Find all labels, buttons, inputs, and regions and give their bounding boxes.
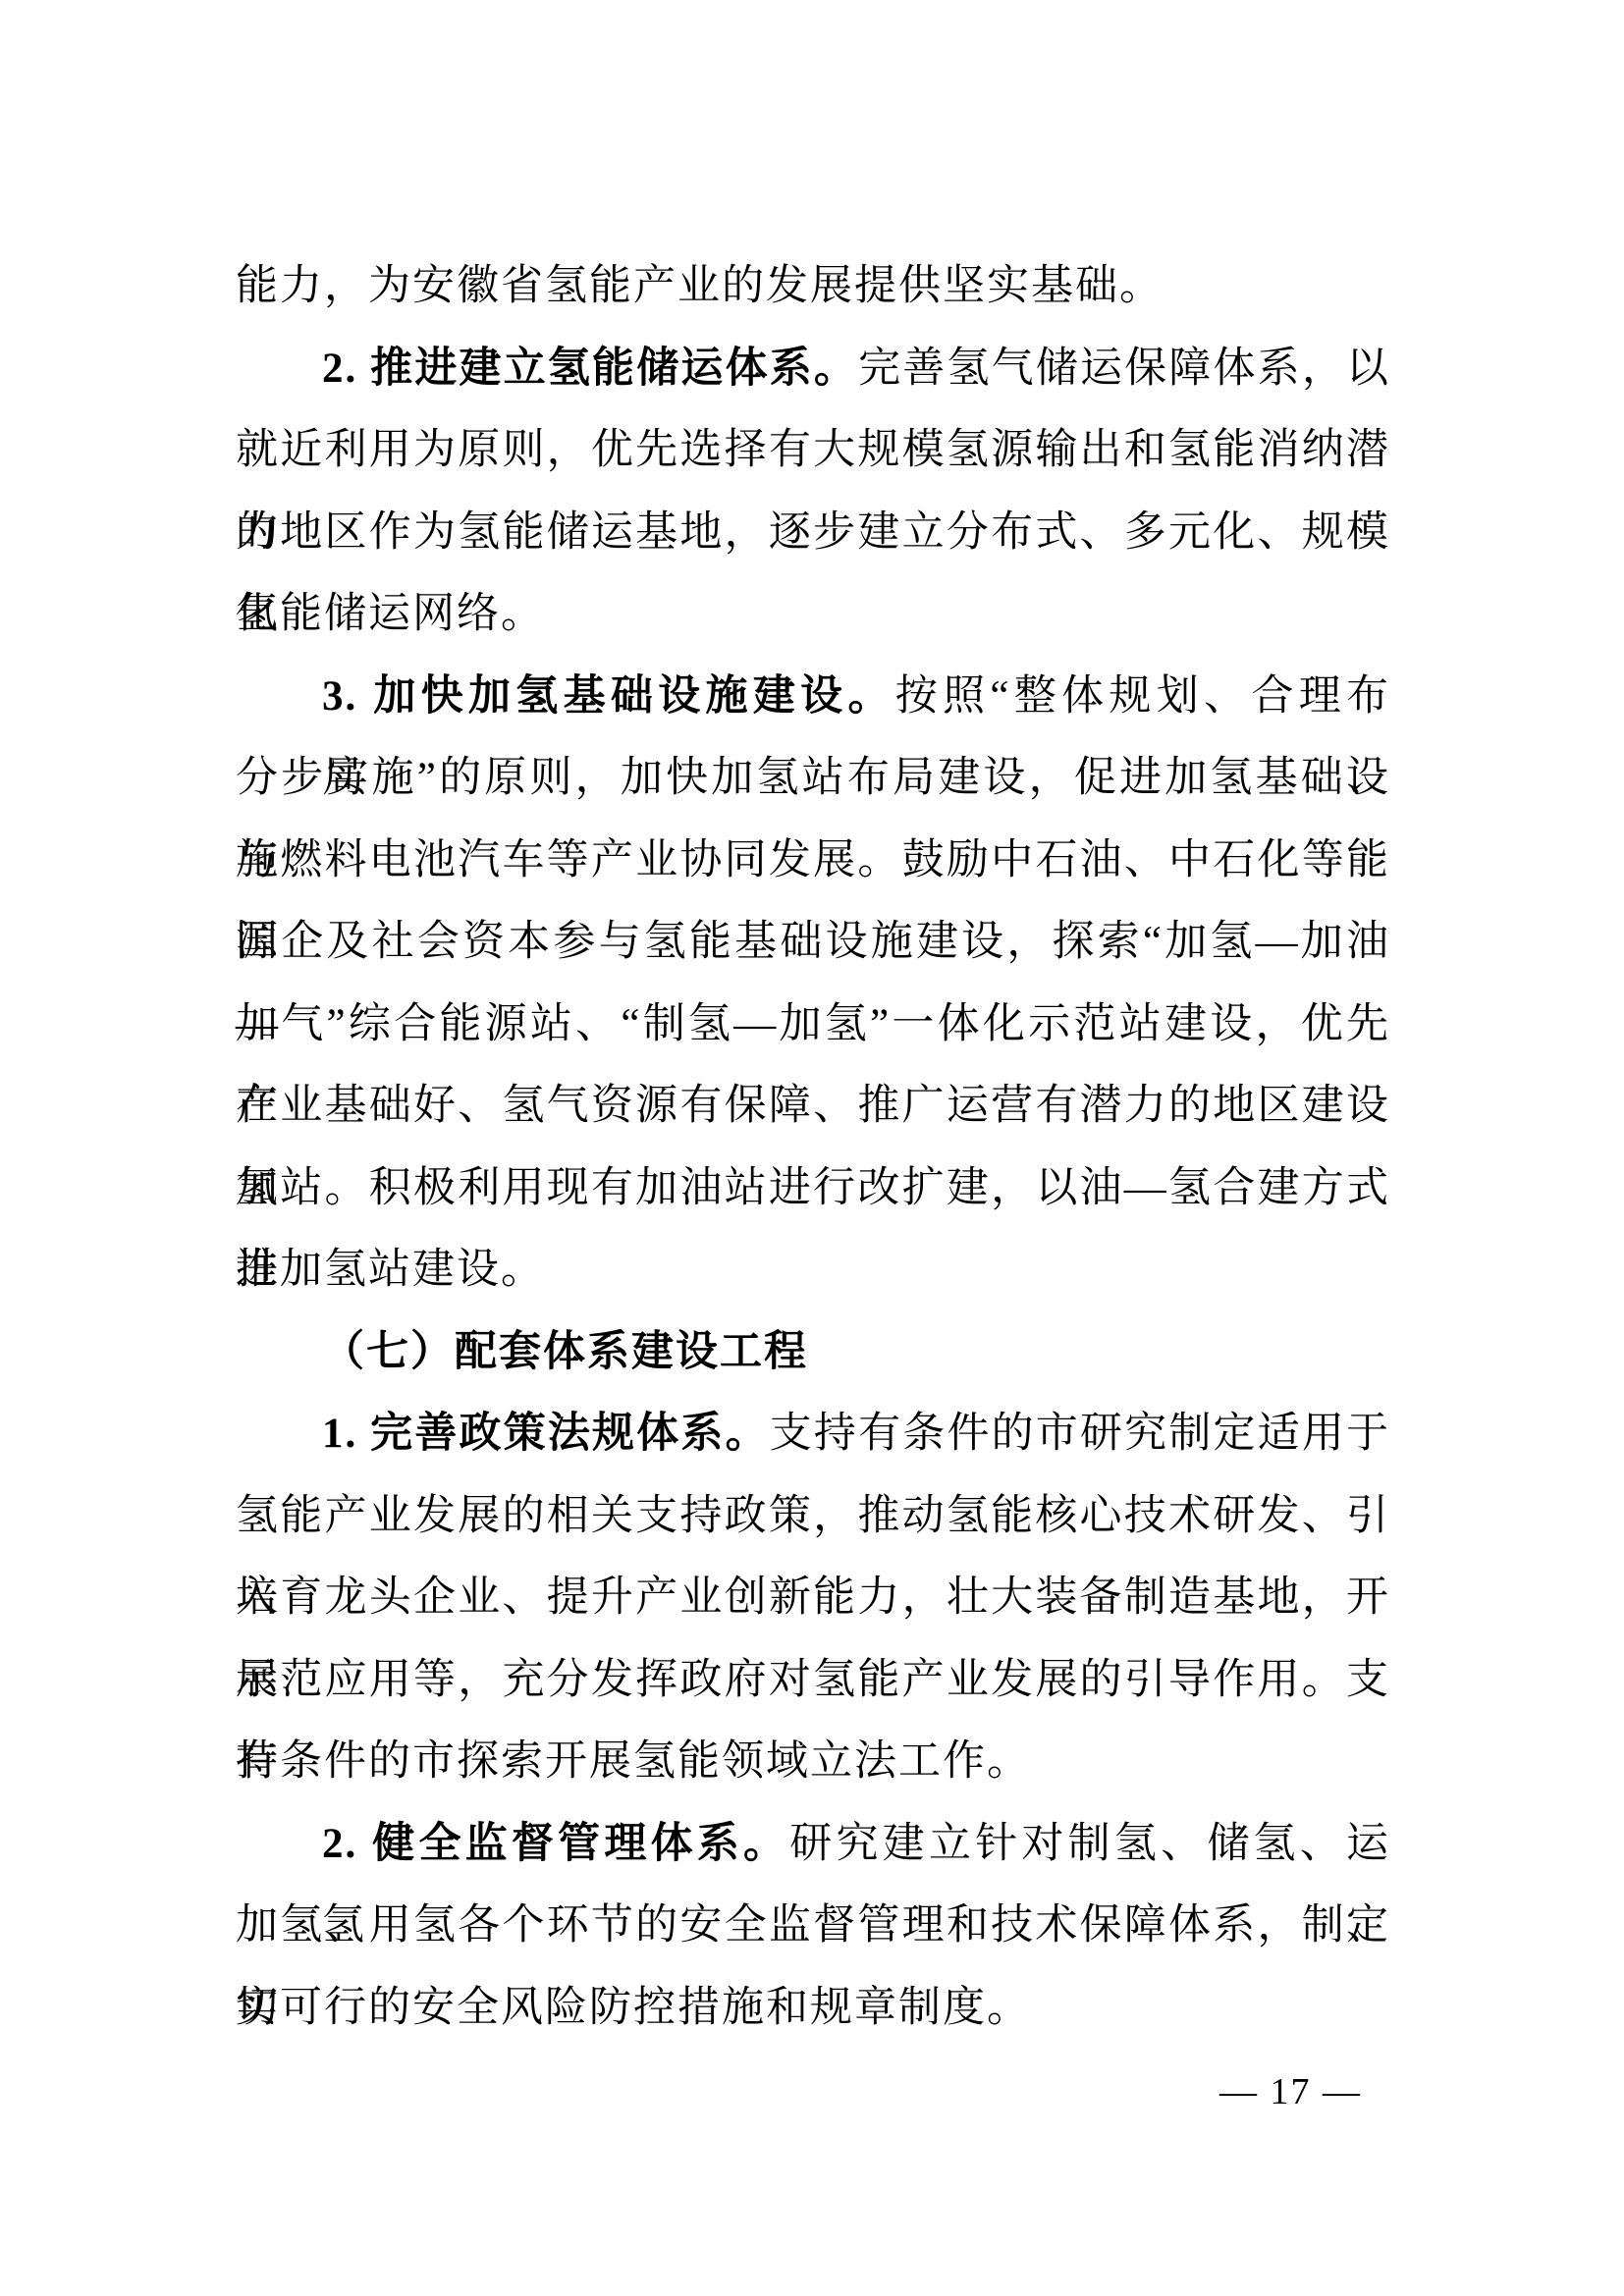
text-line: 加气”综合能源站、“制氢—加氢”一体化示范站建设，优先在 [236, 984, 1390, 1066]
heading-text: 2. 推进建立氢能储运体系。 [322, 346, 858, 392]
text-line: 培育龙头企业、提升产业创新能力，壮大装备制造基地，开展 [236, 1557, 1390, 1639]
body-text: 支持有条件的市研究制定适用于 [770, 1411, 1390, 1457]
text-line: （七）配套体系建设工程 [236, 1311, 1390, 1394]
body-text: 氢能储运网络。 [236, 591, 545, 637]
heading-text: 2. 健全监督管理体系。 [322, 1821, 789, 1867]
text-line: 与燃料电池汽车等产业协同发展。鼓励中石油、中石化等能源 [236, 820, 1390, 902]
heading-text: 1. 完善政策法规体系。 [322, 1411, 770, 1457]
body-text: 进加氢站建设。 [236, 1247, 545, 1293]
text-line: 氢能产业发展的相关支持政策，推动氢能核心技术研发、引入 [236, 1475, 1390, 1558]
heading-text: 3. 加快加氢基础设施建设。 [322, 673, 895, 720]
text-line: 进加氢站建设。 [236, 1229, 1390, 1311]
body-text: 完善氢气储运保障体系，以 [858, 346, 1390, 392]
document-body: 能力，为安徽省氢能产业的发展提供坚实基础。2. 推进建立氢能储运体系。完善氢气储… [236, 245, 1390, 2049]
text-line: 有条件的市探索开展氢能领域立法工作。 [236, 1721, 1390, 1803]
text-line: 能力，为安徽省氢能产业的发展提供坚实基础。 [236, 245, 1390, 328]
text-line: 1. 完善政策法规体系。支持有条件的市研究制定适用于 [236, 1393, 1390, 1475]
text-line: 2. 健全监督管理体系。研究建立针对制氢、储氢、运氢、 [236, 1803, 1390, 1886]
heading-text: （七）配套体系建设工程 [322, 1329, 808, 1375]
text-line: 2. 推进建立氢能储运体系。完善氢气储运保障体系，以 [236, 328, 1390, 410]
page-number: — 17 — [1219, 2071, 1362, 2112]
text-line: 国企及社会资本参与氢能基础设施建设，探索“加氢—加油— [236, 901, 1390, 984]
text-line: 实可行的安全风险防控措施和规章制度。 [236, 1967, 1390, 2050]
text-line: 产业基础好、氢气资源有保障、推广运营有潜力的地区建设加 [236, 1065, 1390, 1148]
text-line: 示范应用等，充分发挥政府对氢能产业发展的引导作用。支持 [236, 1639, 1390, 1722]
text-line: 氢站。积极利用现有加油站进行改扩建，以油—氢合建方式推 [236, 1148, 1390, 1230]
text-line: 加氢、用氢各个环节的安全监督管理和技术保障体系，制定切 [236, 1885, 1390, 1967]
document-page: 能力，为安徽省氢能产业的发展提供坚实基础。2. 推进建立氢能储运体系。完善氢气储… [0, 0, 1624, 2296]
text-line: 的地区作为氢能储运基地，逐步建立分布式、多元化、规模化 [236, 492, 1390, 574]
body-text: 实可行的安全风险防控措施和规章制度。 [236, 1985, 1031, 2031]
text-line: 就近利用为原则，优先选择有大规模氢源输出和氢能消纳潜力 [236, 409, 1390, 492]
page-footer: — 17 — [1219, 2067, 1362, 2116]
body-text: 有条件的市探索开展氢能领域立法工作。 [236, 1738, 1031, 1785]
text-line: 3. 加快加氢基础设施建设。按照“整体规划、合理布局、 [236, 656, 1390, 738]
text-line: 氢能储运网络。 [236, 573, 1390, 656]
body-text: 能力，为安徽省氢能产业的发展提供坚实基础。 [236, 263, 1164, 309]
text-line: 分步实施”的原则，加快加氢站布局建设，促进加氢基础设施 [236, 737, 1390, 820]
